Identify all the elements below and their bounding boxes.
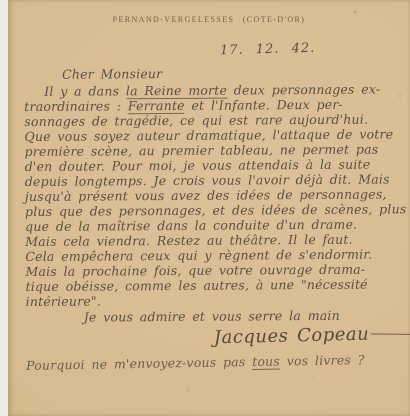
signature: Jacques Copeau xyxy=(214,322,407,353)
letter-body-lines: Il y a dans la Reine morte deux personna… xyxy=(24,81,406,309)
letter-line: intérieure". xyxy=(26,291,406,309)
letter-body: Cher Monsieur Il y a dans la Reine morte… xyxy=(24,64,406,372)
handwritten-text: Il y a dans xyxy=(44,83,126,99)
letter-paper: PERNAND-VERGELESSES (COTE-D'OR) 17. 12. … xyxy=(8,0,410,416)
handwritten-text: deux personnages ex- xyxy=(227,82,380,98)
underlined-text: Ferrante xyxy=(128,98,185,114)
handwritten-text: et l'Infante. Deux per- xyxy=(185,97,343,113)
handwritten-text: traordinaires : xyxy=(24,98,128,114)
letter-date: 17. 12. 42. xyxy=(220,41,316,58)
handwritten-text: vos livres ? xyxy=(280,352,365,368)
underlined-text: tous xyxy=(252,354,280,370)
letterhead-printed-address: PERNAND-VERGELESSES (COTE-D'OR) xyxy=(8,15,410,24)
handwritten-text: tique obéisse, comme les autres, à une "… xyxy=(25,277,367,294)
handwritten-text: intérieure". xyxy=(26,293,101,309)
handwritten-text: Pourquoi ne m'envoyez-vous pas xyxy=(26,354,252,373)
postscript: Pourquoi ne m'envoyez-vous pas tous vos … xyxy=(26,351,406,374)
letter-line: tique obéisse, comme les autres, à une "… xyxy=(25,276,405,294)
scanned-letter: PERNAND-VERGELESSES (COTE-D'OR) 17. 12. … xyxy=(0,0,410,416)
letter-line: Il y a dans la Reine morte deux personna… xyxy=(44,81,404,99)
